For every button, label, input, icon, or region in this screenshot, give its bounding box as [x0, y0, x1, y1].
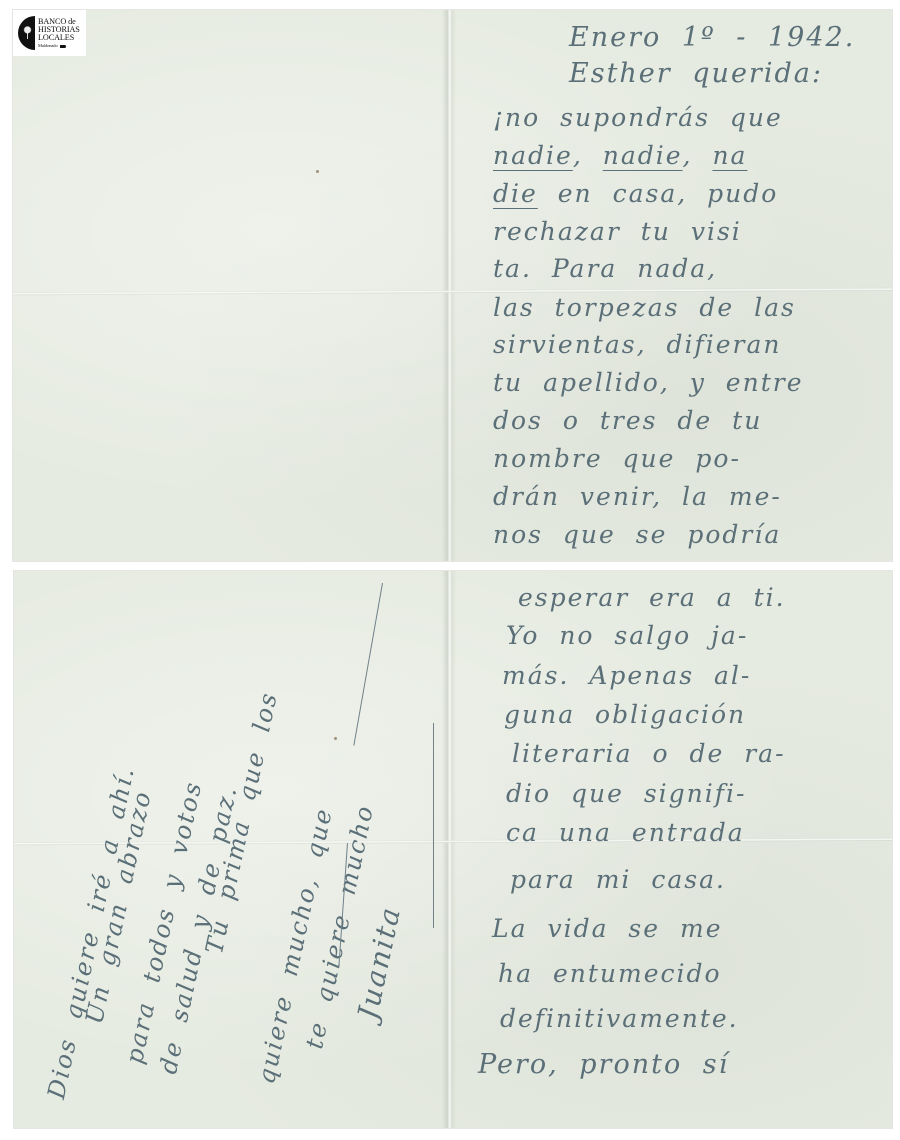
- letter-page-1: Enero 1º - 1942. Esther querida: ¡no sup…: [449, 10, 892, 561]
- letter-line: nadie, nadie, na: [493, 143, 747, 168]
- letter-line: nombre que po-: [493, 446, 741, 471]
- tree-emblem-icon: [18, 16, 35, 50]
- logo-line-3: LOCALES: [38, 34, 80, 42]
- underlined-word: nadie: [493, 141, 573, 170]
- signature: Juanita: [354, 904, 405, 1022]
- underlined-word: die: [493, 179, 538, 208]
- letter-line: drán venir, la me-: [493, 484, 782, 509]
- letter-line: literaria o de ra-: [512, 741, 786, 766]
- letter-line: La vida se me: [492, 916, 723, 941]
- paper-speck: [334, 737, 337, 740]
- letter-line: más. Apenas al-: [502, 663, 751, 688]
- letter-line: ta. Para nada,: [493, 256, 717, 281]
- underlined-word: nadie: [603, 141, 683, 170]
- letter-line: sirvientas, difieran: [493, 332, 781, 357]
- letter-page-3-rotated: Dios quiere iré a ahí. Un gran abrazo pa…: [14, 571, 442, 1128]
- logo-subtitle: Maldonado: [38, 44, 80, 49]
- letter-sheet-bottom: Dios quiere iré a ahí. Un gran abrazo pa…: [14, 571, 892, 1128]
- letter-sheet-top: Enero 1º - 1942. Esther querida: ¡no sup…: [13, 10, 892, 561]
- letter-line: die en casa, pudo: [493, 181, 778, 206]
- blank-back-page: [13, 10, 449, 561]
- letter-line: esperar era a ti.: [518, 585, 786, 610]
- letter-line: nos que se podría: [493, 522, 781, 547]
- letter-line: ca una entrada: [506, 820, 745, 845]
- letter-line: para mi casa.: [510, 867, 726, 892]
- letter-line: ¡no supondrás que: [493, 105, 783, 130]
- letter-line: guna obligación: [504, 702, 746, 727]
- letter-line: dio que signifi-: [506, 781, 746, 806]
- letter-date: Enero 1º - 1942.: [569, 24, 855, 51]
- fish-mark-icon: [60, 45, 66, 48]
- logo-text: BANCO de HISTORIAS LOCALES Maldonado: [38, 18, 80, 49]
- letter-line: rechazar tu visi: [493, 219, 742, 244]
- paper-speck: [316, 170, 319, 173]
- letter-line: tu apellido, y entre: [493, 370, 804, 395]
- letter-line: las torpezas de las: [493, 295, 796, 320]
- decorative-stroke: [353, 583, 383, 746]
- letter-line: Pero, pronto sí: [478, 1051, 729, 1078]
- logo-location: Maldonado: [38, 44, 58, 49]
- letter-line: definitivamente.: [500, 1006, 739, 1031]
- underlined-word: na: [712, 141, 747, 170]
- letter-page-2: esperar era a ti. Yo no salgo ja- más. A…: [450, 571, 892, 1128]
- letter-salutation: Esther querida:: [569, 60, 823, 87]
- letter-line: ha entumecido: [498, 961, 722, 986]
- banco-historias-locales-logo: BANCO de HISTORIAS LOCALES Maldonado: [13, 10, 86, 56]
- letter-line: dos o tres de tu: [493, 408, 762, 433]
- decorative-stroke: [433, 723, 434, 928]
- letter-line: Yo no salgo ja-: [506, 623, 748, 648]
